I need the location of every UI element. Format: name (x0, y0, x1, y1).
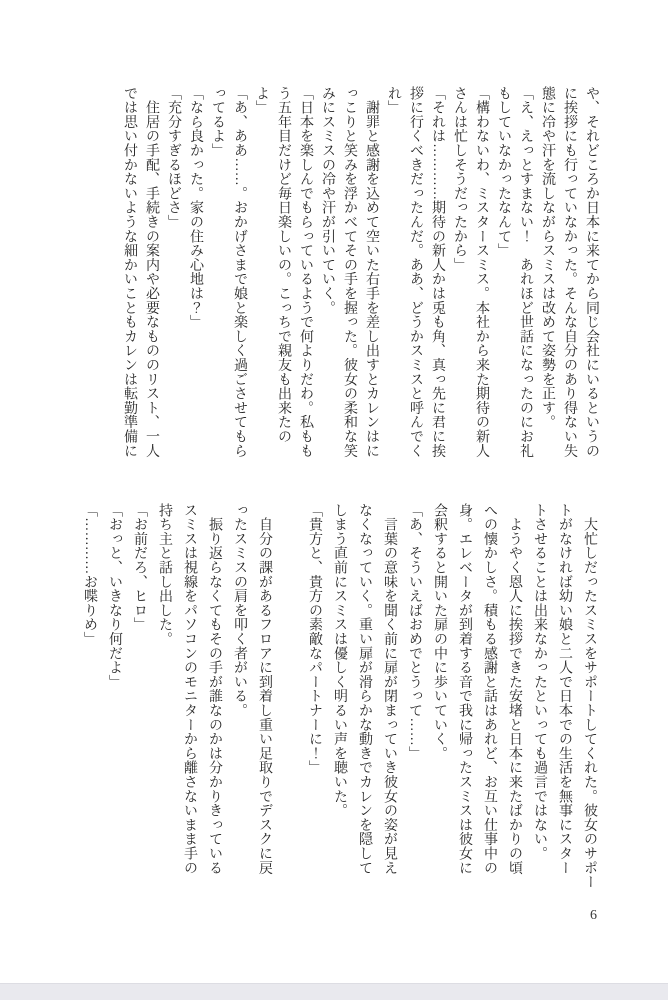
text-line: や、それどころか日本に来てから同じ会社にいるというの (580, 86, 602, 462)
text-line: ったスミスの肩を叩く者がいる。 (227, 503, 252, 895)
text-line: ようやく恩人に挨拶できた安堵と日本に来たばかりの頃 (502, 503, 527, 895)
text-line: よ」 (250, 86, 272, 462)
text-line: なくなっていく。重い扉が滑らかな動きでカレンを隠して (352, 503, 377, 895)
text-line: 態に冷や汗を流しながらスミスは改めて姿勢を正す。 (536, 86, 558, 462)
text-line: に挨拶にも行っていなかった。そんな自分のあり得ない失 (558, 86, 580, 462)
text-line: 「充分すぎるほどさ」 (162, 86, 184, 462)
text-line: 言葉の意味を聞く前に扉が閉まっていき彼女の姿が見え (377, 503, 402, 895)
text-line: 拶に行くべきだったんだ。ああ、どうかスミスと呼んでく (404, 86, 426, 462)
text-line: 「おっと、いきなり何だよ」 (102, 503, 127, 895)
text-line: への懐かしさ。積もる感謝と話はあれど、お互い仕事中の (477, 503, 502, 895)
text-line: 振り返らなくてもその手が誰なのかは分かりきっている (202, 503, 227, 895)
text-line: う五年目だけど毎日楽しいの。こっちで親友も出来たの (272, 86, 294, 462)
text-line: スミスは視線をパソコンのモニターから離さないまま手の (177, 503, 202, 895)
text-line: 「構わないわ、ミスタースミス。本社から来た期待の新人 (470, 86, 492, 462)
text-line: トがなければ幼い娘と二人で日本での生活を無事にスター (552, 503, 577, 895)
text-section-bottom: 大忙しだったスミスをサポートしてくれた。彼女のサポートがなければ幼い娘と二人で日… (77, 503, 602, 895)
text-line: 自分の課があるフロアに到着し重い足取りでデスクに戻 (252, 503, 277, 895)
text-line: 「え、えっとすまない！ あれほど世話になったのにお礼 (514, 86, 536, 462)
text-line: れ」 (382, 86, 404, 462)
text-line: 「あ、そういえばおめでとうって……」 (402, 503, 427, 895)
text-line: ってるよ」 (206, 86, 228, 462)
text-line: 大忙しだったスミスをサポートしてくれた。彼女のサポー (577, 503, 602, 895)
page-number: 6 (590, 908, 597, 924)
text-line: 持ち主と話し出した。 (152, 503, 177, 895)
text-line: トさせることは出来なかったといっても過言ではない。 (527, 503, 552, 895)
text-line: 「それは…………期待の新人かは兎も角、真っ先に君に挨 (426, 86, 448, 462)
text-line: っこりと笑みを浮かべてその手を握った。彼女の柔和な笑 (338, 86, 360, 462)
horizontal-scrollbar-track[interactable] (0, 983, 668, 1000)
text-line: もしていなかったなんて」 (492, 86, 514, 462)
text-line: 会釈すると開いた扉の中に歩いていく。 (427, 503, 452, 895)
text-line: 「なら良かった。家の住み心地は？」 (184, 86, 206, 462)
text-line: みにスミスの冷や汗が引いていく。 (316, 86, 338, 462)
blank-line (277, 503, 302, 895)
text-line: しまう直前にスミスは優しく明るい声を聴いた。 (327, 503, 352, 895)
text-line: 身。エレベータが到着する音で我に帰ったスミスは彼女に (452, 503, 477, 895)
text-line: さんは忙しそうだったから」 (448, 86, 470, 462)
text-line: 「あ、ああ……。おかげさまで娘と楽しく過ごさせてもら (228, 86, 250, 462)
text-line: 住居の手配、手続きの案内や必要なもののリスト、一人 (140, 86, 162, 462)
text-section-top: や、それどころか日本に来てから同じ会社にいるというのに挨拶にも行っていなかった。… (118, 86, 602, 462)
novel-page: や、それどころか日本に来てから同じ会社にいるというのに挨拶にも行っていなかった。… (0, 0, 668, 1000)
text-line: 「…………お喋りめ」 (77, 503, 102, 895)
text-line: 「お前だろ、ヒロ」 (127, 503, 152, 895)
text-line: 「貴方と、貴方の素敵なパートナーに！」 (302, 503, 327, 895)
text-line: では思い付かないような細かいこともカレンは転勤準備に (118, 86, 140, 462)
text-line: 謝罪と感謝を込めて空いた右手を差し出すとカレンはに (360, 86, 382, 462)
text-line: 「日本を楽しんでもらっているようで何よりだわ。私もも (294, 86, 316, 462)
